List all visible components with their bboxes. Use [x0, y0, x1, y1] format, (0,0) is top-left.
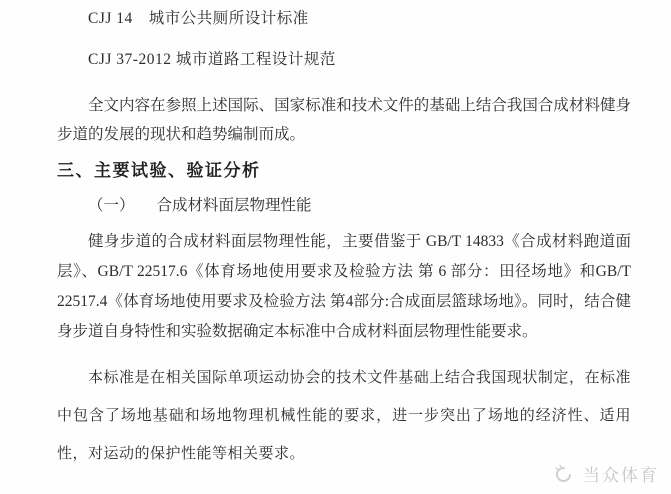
subsection-heading: （一）合成材料面层物理性能 — [57, 196, 631, 216]
paragraph-physical-performance: 健身步道的合成材料面层物理性能，主要借鉴于 GB/T 14833《合成材料跑道面… — [57, 227, 631, 347]
reference-line-cjj37: CJJ 37-2012 城市道路工程设计规范 — [57, 50, 631, 70]
reference-line-cjj14: CJJ 14 城市公共厕所设计标准 — [57, 9, 631, 29]
subsection-title: 合成材料面层物理性能 — [157, 197, 312, 214]
intro-paragraph: 全文内容在参照上述国际、国家标准和技术文件的基础上结合我国合成材料健身步道的发展… — [57, 91, 631, 149]
watermark-label: 当众体育 — [583, 461, 659, 486]
dangzhong-sports-logo-icon — [552, 462, 576, 486]
section-heading: 三、主要试验、验证分析 — [57, 160, 631, 182]
document-page: CJJ 14 城市公共厕所设计标准 CJJ 37-2012 城市道路工程设计规范… — [0, 0, 671, 494]
subsection-number: （一） — [88, 197, 135, 214]
watermark: 当众体育 — [552, 461, 659, 486]
paragraph-standard-basis: 本标准是在相关国际单项运动协会的技术文件基础上结合我国现状制定，在标准中包含了场… — [57, 359, 631, 473]
document-body: CJJ 14 城市公共厕所设计标准 CJJ 37-2012 城市道路工程设计规范… — [0, 0, 671, 494]
